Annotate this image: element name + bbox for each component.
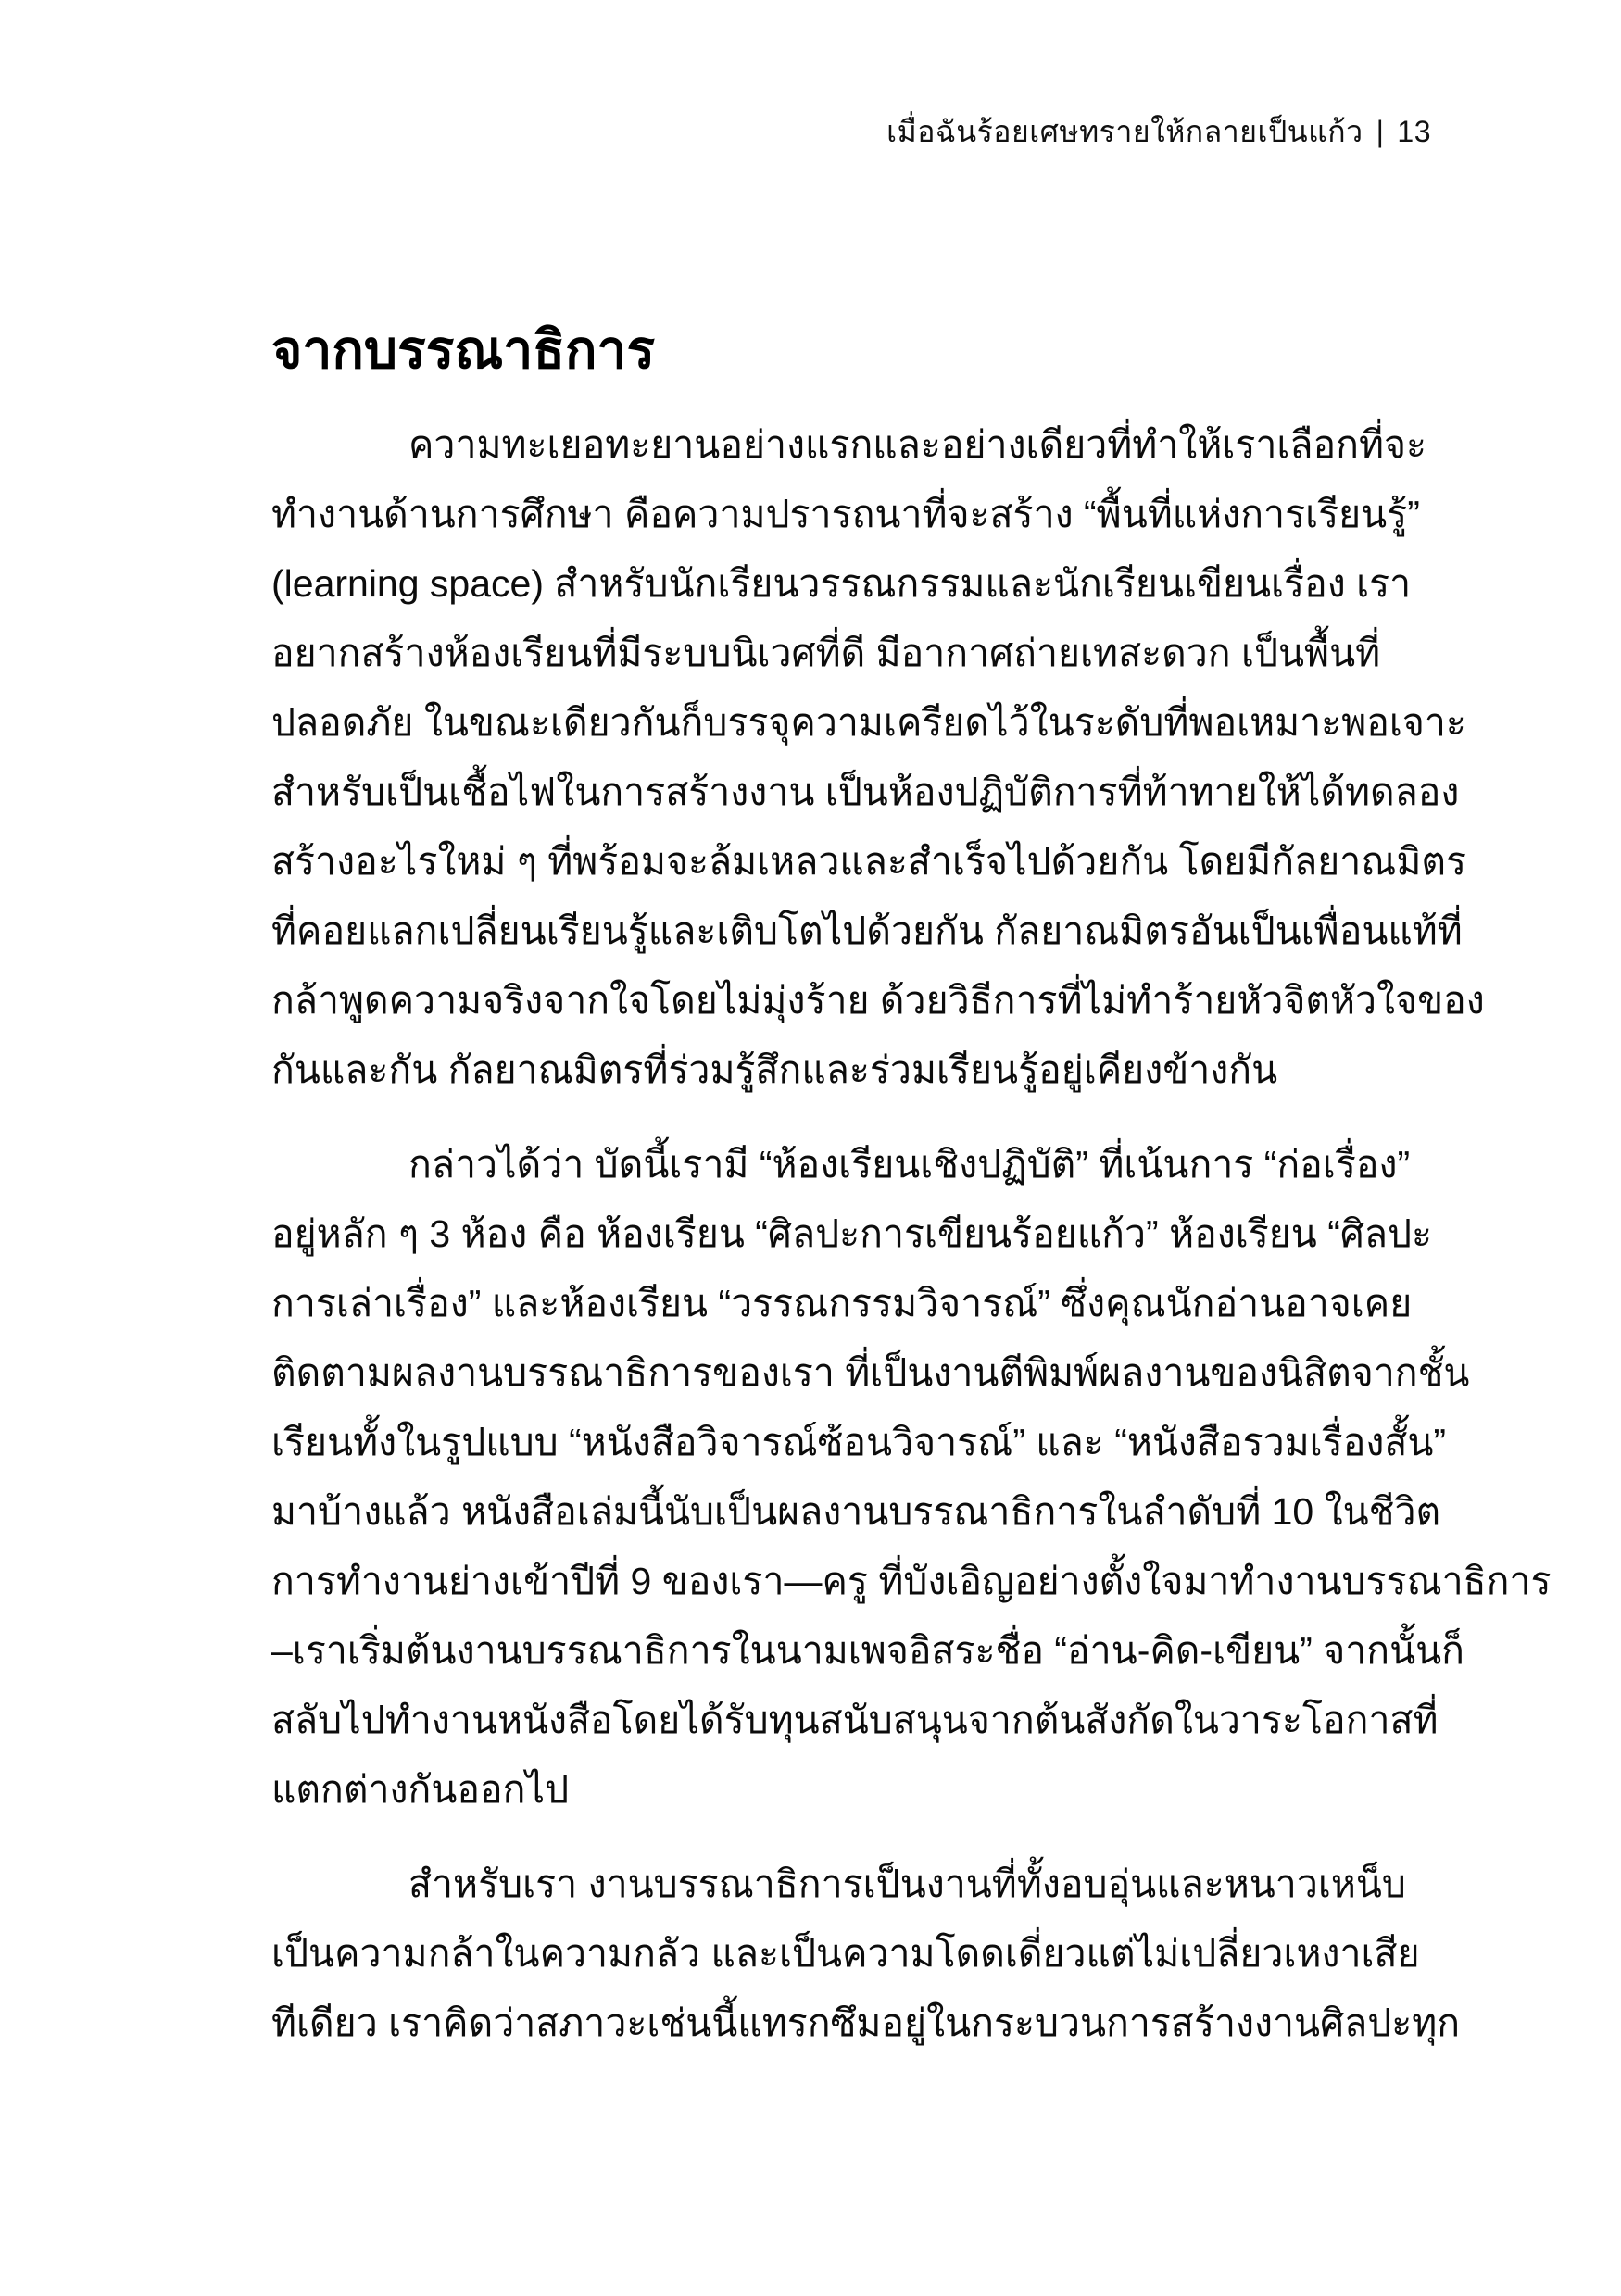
text-line: การเล่าเรื่อง” และห้องเรียน “วรรณกรรมวิจ… [271,1269,1457,1338]
page-title: จากบรรณาธิการ [271,313,655,387]
text-line: ปลอดภัย ในขณะเดียวกันก็บรรจุความเครียดไว… [271,688,1457,758]
text-line: อยากสร้างห้องเรียนที่มีระบบนิเวศที่ดี มี… [271,619,1457,688]
text-line: ทำงานด้านการศึกษา คือความปรารถนาที่จะสร้… [271,480,1457,549]
paragraph: ความทะเยอทะยานอย่างแรกและอย่างเดียวที่ทำ… [271,410,1457,1105]
text-line: กล้าพูดความจริงจากใจโดยไม่มุ่งร้าย ด้วยว… [271,966,1457,1035]
text-line: สำหรับเรา งานบรรณาธิการเป็นงานที่ทั้งอบอ… [271,1850,1457,1919]
text-line: สลับไปทำงานหนังสือโดยได้รับทุนสนับสนุนจา… [271,1686,1457,1755]
page-header: เมื่อฉันร้อยเศษทรายให้กลายเป็นแก้ว|13 [0,109,1431,154]
text-line: (learning space) สำหรับนักเรียนวรรณกรรมแ… [271,549,1457,619]
page-number: 13 [1397,115,1431,148]
text-line: สำหรับเป็นเชื้อไฟในการสร้างงาน เป็นห้องป… [271,758,1457,827]
paragraph: กล่าวได้ว่า บัดนี้เรามี “ห้องเรียนเชิงปฏ… [271,1130,1457,1825]
text-line: ทีเดียว เราคิดว่าสภาวะเช่นนี้แทรกซึมอยู่… [271,1989,1457,2058]
running-title: เมื่อฉันร้อยเศษทรายให้กลายเป็นแก้ว [886,115,1363,148]
text-line: สร้างอะไรใหม่ ๆ ที่พร้อมจะล้มเหลวและสำเร… [271,827,1457,897]
text-line: เป็นความกล้าในความกลัว และเป็นความโดดเดี… [271,1919,1457,1989]
text-line: กันและกัน กัลยาณมิตรที่ร่วมรู้สึกและร่วม… [271,1035,1457,1105]
text-line: ความทะเยอทะยานอย่างแรกและอย่างเดียวที่ทำ… [271,410,1457,480]
text-line: มาบ้างแล้ว หนังสือเล่มนี้นับเป็นผลงานบรร… [271,1477,1457,1547]
text-line: แตกต่างกันออกไป [271,1755,1457,1825]
text-line: การทำงานย่างเข้าปีที่ 9 ของเรา—ครู ที่บั… [271,1547,1457,1616]
book-page: เมื่อฉันร้อยเศษทรายให้กลายเป็นแก้ว|13 จา… [0,0,1621,2296]
text-line: ที่คอยแลกเปลี่ยนเรียนรู้และเติบโตไปด้วยก… [271,897,1457,966]
text-line: –เราเริ่มต้นงานบรรณาธิการในนามเพจอิสระชื… [271,1616,1457,1686]
text-line: ติดตามผลงานบรรณาธิการของเรา ที่เป็นงานตี… [271,1338,1457,1408]
paragraph: สำหรับเรา งานบรรณาธิการเป็นงานที่ทั้งอบอ… [271,1850,1457,2058]
header-separator: | [1376,109,1385,154]
text-line: อยู่หลัก ๆ 3 ห้อง คือ ห้องเรียน “ศิลปะกา… [271,1199,1457,1269]
text-line: กล่าวได้ว่า บัดนี้เรามี “ห้องเรียนเชิงปฏ… [271,1130,1457,1199]
text-line: เรียนทั้งในรูปแบบ “หนังสือวิจารณ์ซ้อนวิจ… [271,1408,1457,1477]
body-text: ความทะเยอทะยานอย่างแรกและอย่างเดียวที่ทำ… [271,410,1457,2083]
